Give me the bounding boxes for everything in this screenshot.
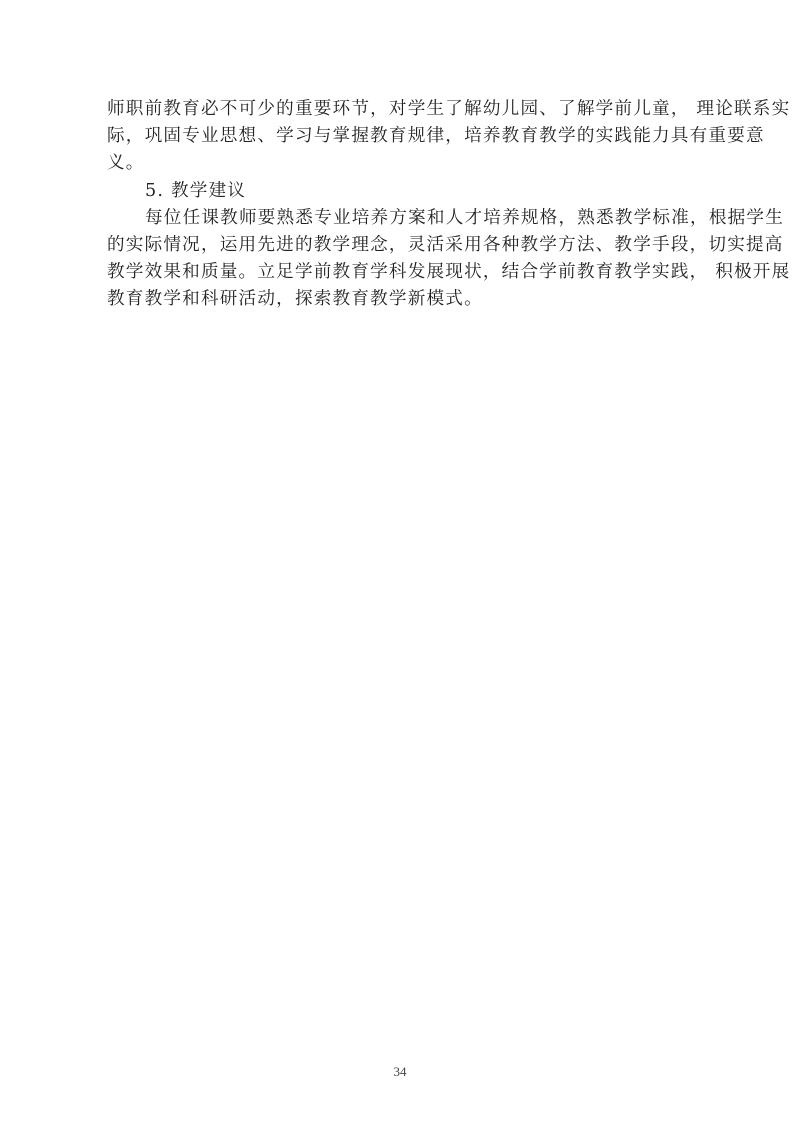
paragraph-line: 教育教学和科研活动，探索教育教学新模式。	[107, 286, 697, 313]
document-page: 师职前教育必不可少的重要环节，对学生了解幼儿园、了解学前儿童， 理论联系实 际，…	[0, 0, 800, 1129]
paragraph-line: 的实际情况，运用先进的教学理念，灵活采用各种教学方法、教学手段，切实提高	[107, 232, 697, 259]
paragraph-line: 际，巩固专业思想、学习与掌握教育规律，培养教育教学的实践能力具有重要意	[107, 123, 697, 150]
page-body: 师职前教育必不可少的重要环节，对学生了解幼儿园、了解学前儿童， 理论联系实 际，…	[107, 96, 697, 314]
paragraph-line: 每位任课教师要熟悉专业培养方案和人才培养规格，熟悉教学标准，根据学生	[107, 205, 697, 232]
paragraph-line: 教学效果和质量。立足学前教育学科发展现状，结合学前教育教学实践， 积极开展	[107, 259, 697, 286]
section-heading: 5. 教学建议	[107, 178, 697, 205]
paragraph-line: 义。	[107, 150, 697, 177]
page-number: 34	[0, 1064, 800, 1080]
paragraph-line: 师职前教育必不可少的重要环节，对学生了解幼儿园、了解学前儿童， 理论联系实	[107, 96, 697, 123]
